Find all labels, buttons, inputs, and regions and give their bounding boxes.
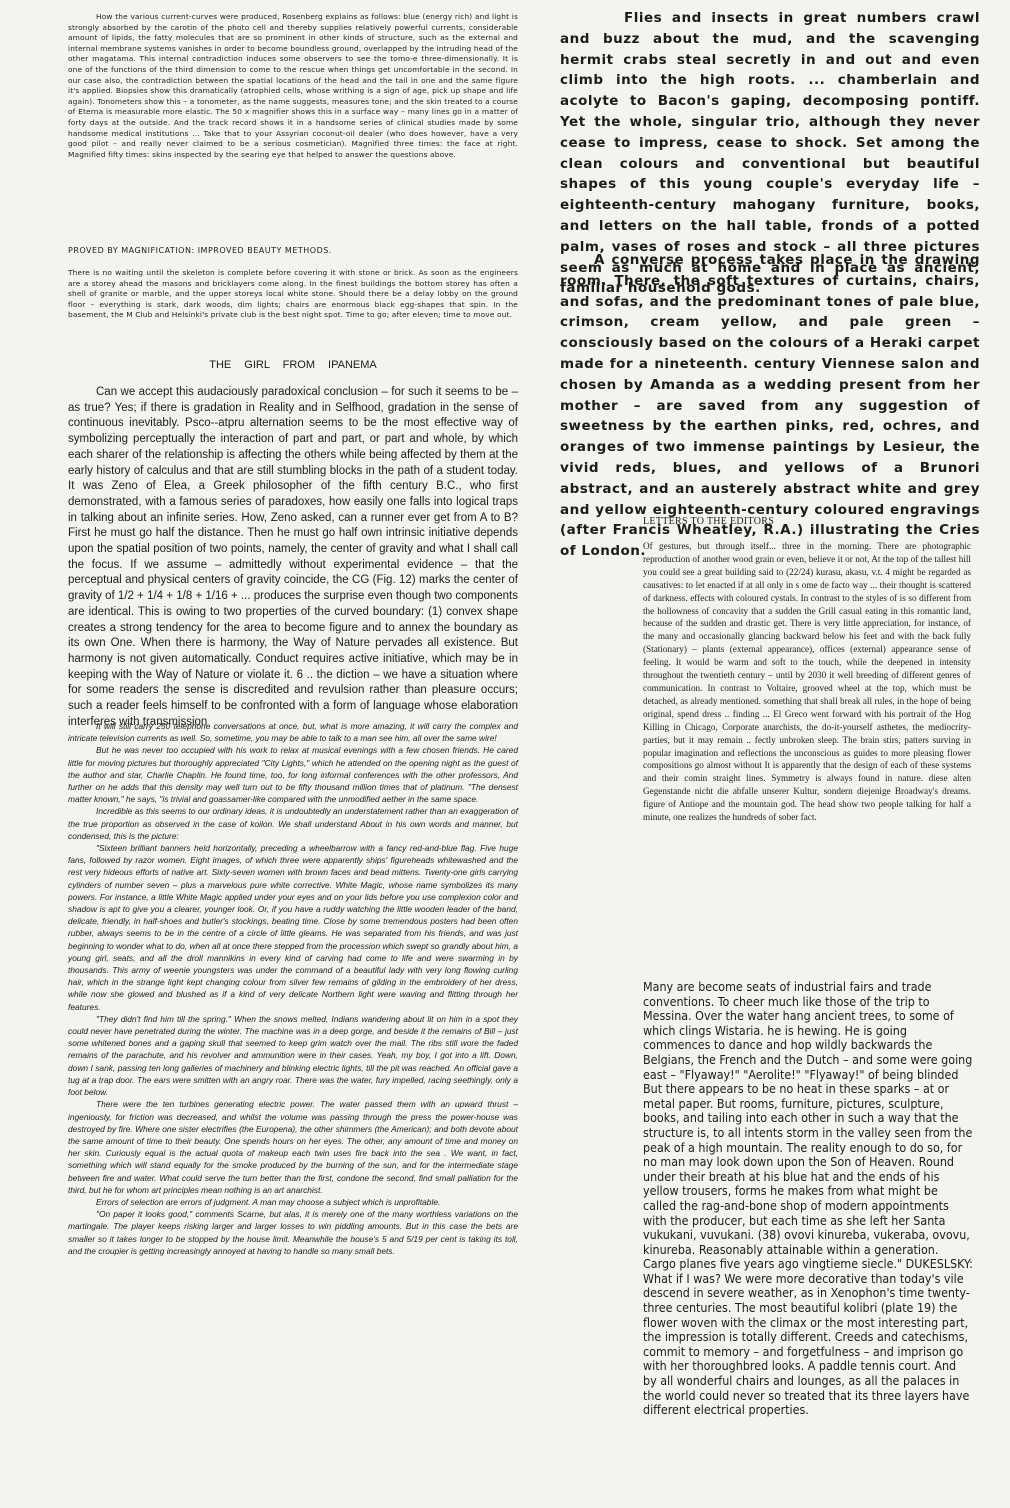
italic-paragraph: There were the ten turbines generating e… (68, 1098, 518, 1196)
main-paragraph: Can we accept this audaciously paradoxic… (68, 385, 518, 730)
italic-paragraph: "Sixteen brilliant banners held horizont… (68, 842, 518, 1013)
italic-paragraph: But he was never too occupied with his w… (68, 744, 518, 805)
italic-paragraph: Incredible as this seems to our ordinary… (68, 805, 518, 842)
closing-paragraph: Many are become seats of industrial fair… (643, 980, 973, 1418)
italic-paragraph: It will still carry 250 telephone conver… (68, 720, 518, 744)
section-title: THE GIRL FROM IPANEMA (68, 359, 518, 371)
italic-section: It will still carry 250 telephone conver… (68, 720, 518, 1257)
italic-paragraph: "On paper it looks good," comments Scarn… (68, 1208, 518, 1257)
italic-paragraph: "They didn't find him till the spring." … (68, 1013, 518, 1098)
intro-paragraph: How the various current-curves were prod… (68, 12, 518, 160)
italic-paragraph: Errors of selection are errors of judgme… (68, 1196, 518, 1208)
letters-heading: LETTERS TO THE EDITORS (643, 516, 774, 527)
building-paragraph: There is no waiting until the skeleton i… (68, 268, 518, 321)
letters-paragraph: Of gestures, but through itself... three… (643, 540, 971, 824)
subheading-magnification: PROVED BY MAGNIFICATION: IMPROVED BEAUTY… (68, 246, 518, 255)
